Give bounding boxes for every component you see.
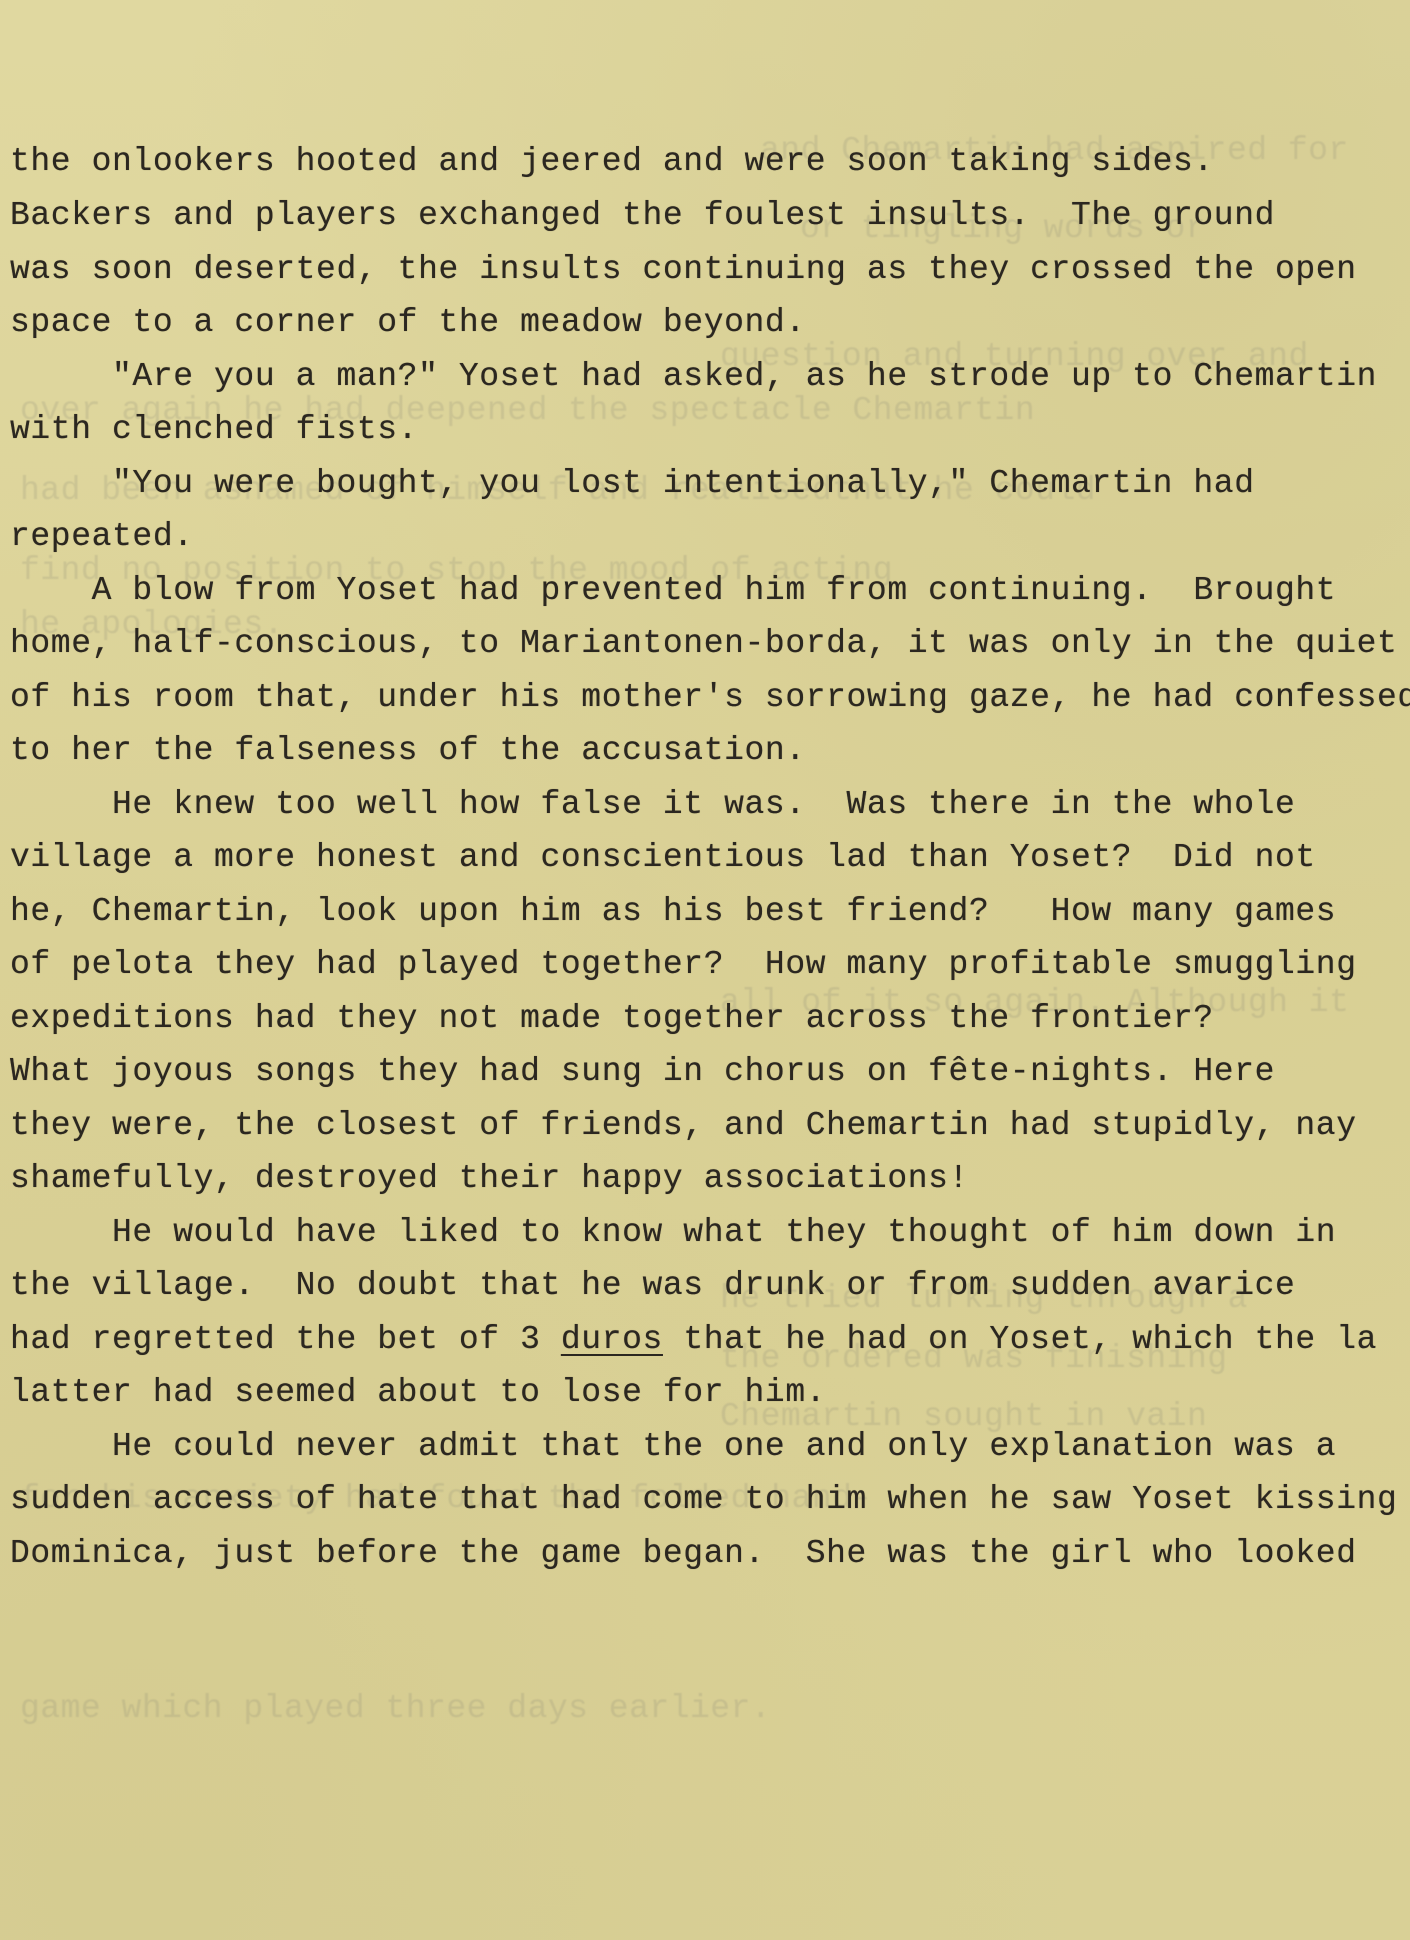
text-line: Dominica, just before the game began. Sh… — [10, 1534, 1357, 1574]
text-line: He knew too well how false it was. Was t… — [10, 785, 1295, 825]
text-line: "Are you a man?" Yoset had asked, as he … — [10, 357, 1377, 397]
document-page: and Chemartin had aspired for or tinglin… — [0, 0, 1410, 1940]
text-line-with-underline: had regretted the bet of 3 duros that he… — [10, 1320, 1377, 1360]
text-line: "You were bought, you lost intentionally… — [10, 464, 1255, 504]
text-line: village a more honest and conscientious … — [10, 838, 1316, 878]
text-line: space to a corner of the meadow beyond. — [10, 303, 806, 343]
text-line: What joyous songs they had sung in choru… — [10, 1052, 1275, 1092]
text-line: he, Chemartin, look upon him as his best… — [10, 892, 1336, 932]
text-line: they were, the closest of friends, and C… — [10, 1106, 1357, 1146]
text-line: the village. No doubt that he was drunk … — [10, 1266, 1295, 1306]
text-line: He would have liked to know what they th… — [10, 1213, 1336, 1253]
text-line: Backers and players exchanged the foules… — [10, 196, 1275, 236]
text-line: with clenched fists. — [10, 410, 418, 450]
text-line: He could never admit that the one and on… — [10, 1427, 1336, 1467]
text-line: was soon deserted, the insults continuin… — [10, 250, 1357, 290]
underlined-word: duros — [561, 1321, 663, 1358]
show-through-text: game which played three days earlier. — [20, 1690, 771, 1727]
text-line: home, half-conscious, to Mariantonen-bor… — [10, 624, 1397, 664]
text-line: shamefully, destroyed their happy associ… — [10, 1159, 969, 1199]
text-line: of his room that, under his mother's sor… — [10, 678, 1410, 718]
text-line: A blow from Yoset had prevented him from… — [10, 571, 1336, 611]
text-line: expeditions had they not made together a… — [10, 999, 1214, 1039]
text-line: of pelota they had played together? How … — [10, 945, 1357, 985]
text-line: sudden access of hate that had come to h… — [10, 1480, 1397, 1520]
text-line: repeated. — [10, 517, 194, 557]
text-line: to her the falseness of the accusation. — [10, 731, 806, 771]
text-line: the onlookers hooted and jeered and were… — [10, 142, 1214, 182]
text-line: latter had seemed about to lose for him. — [10, 1373, 826, 1413]
